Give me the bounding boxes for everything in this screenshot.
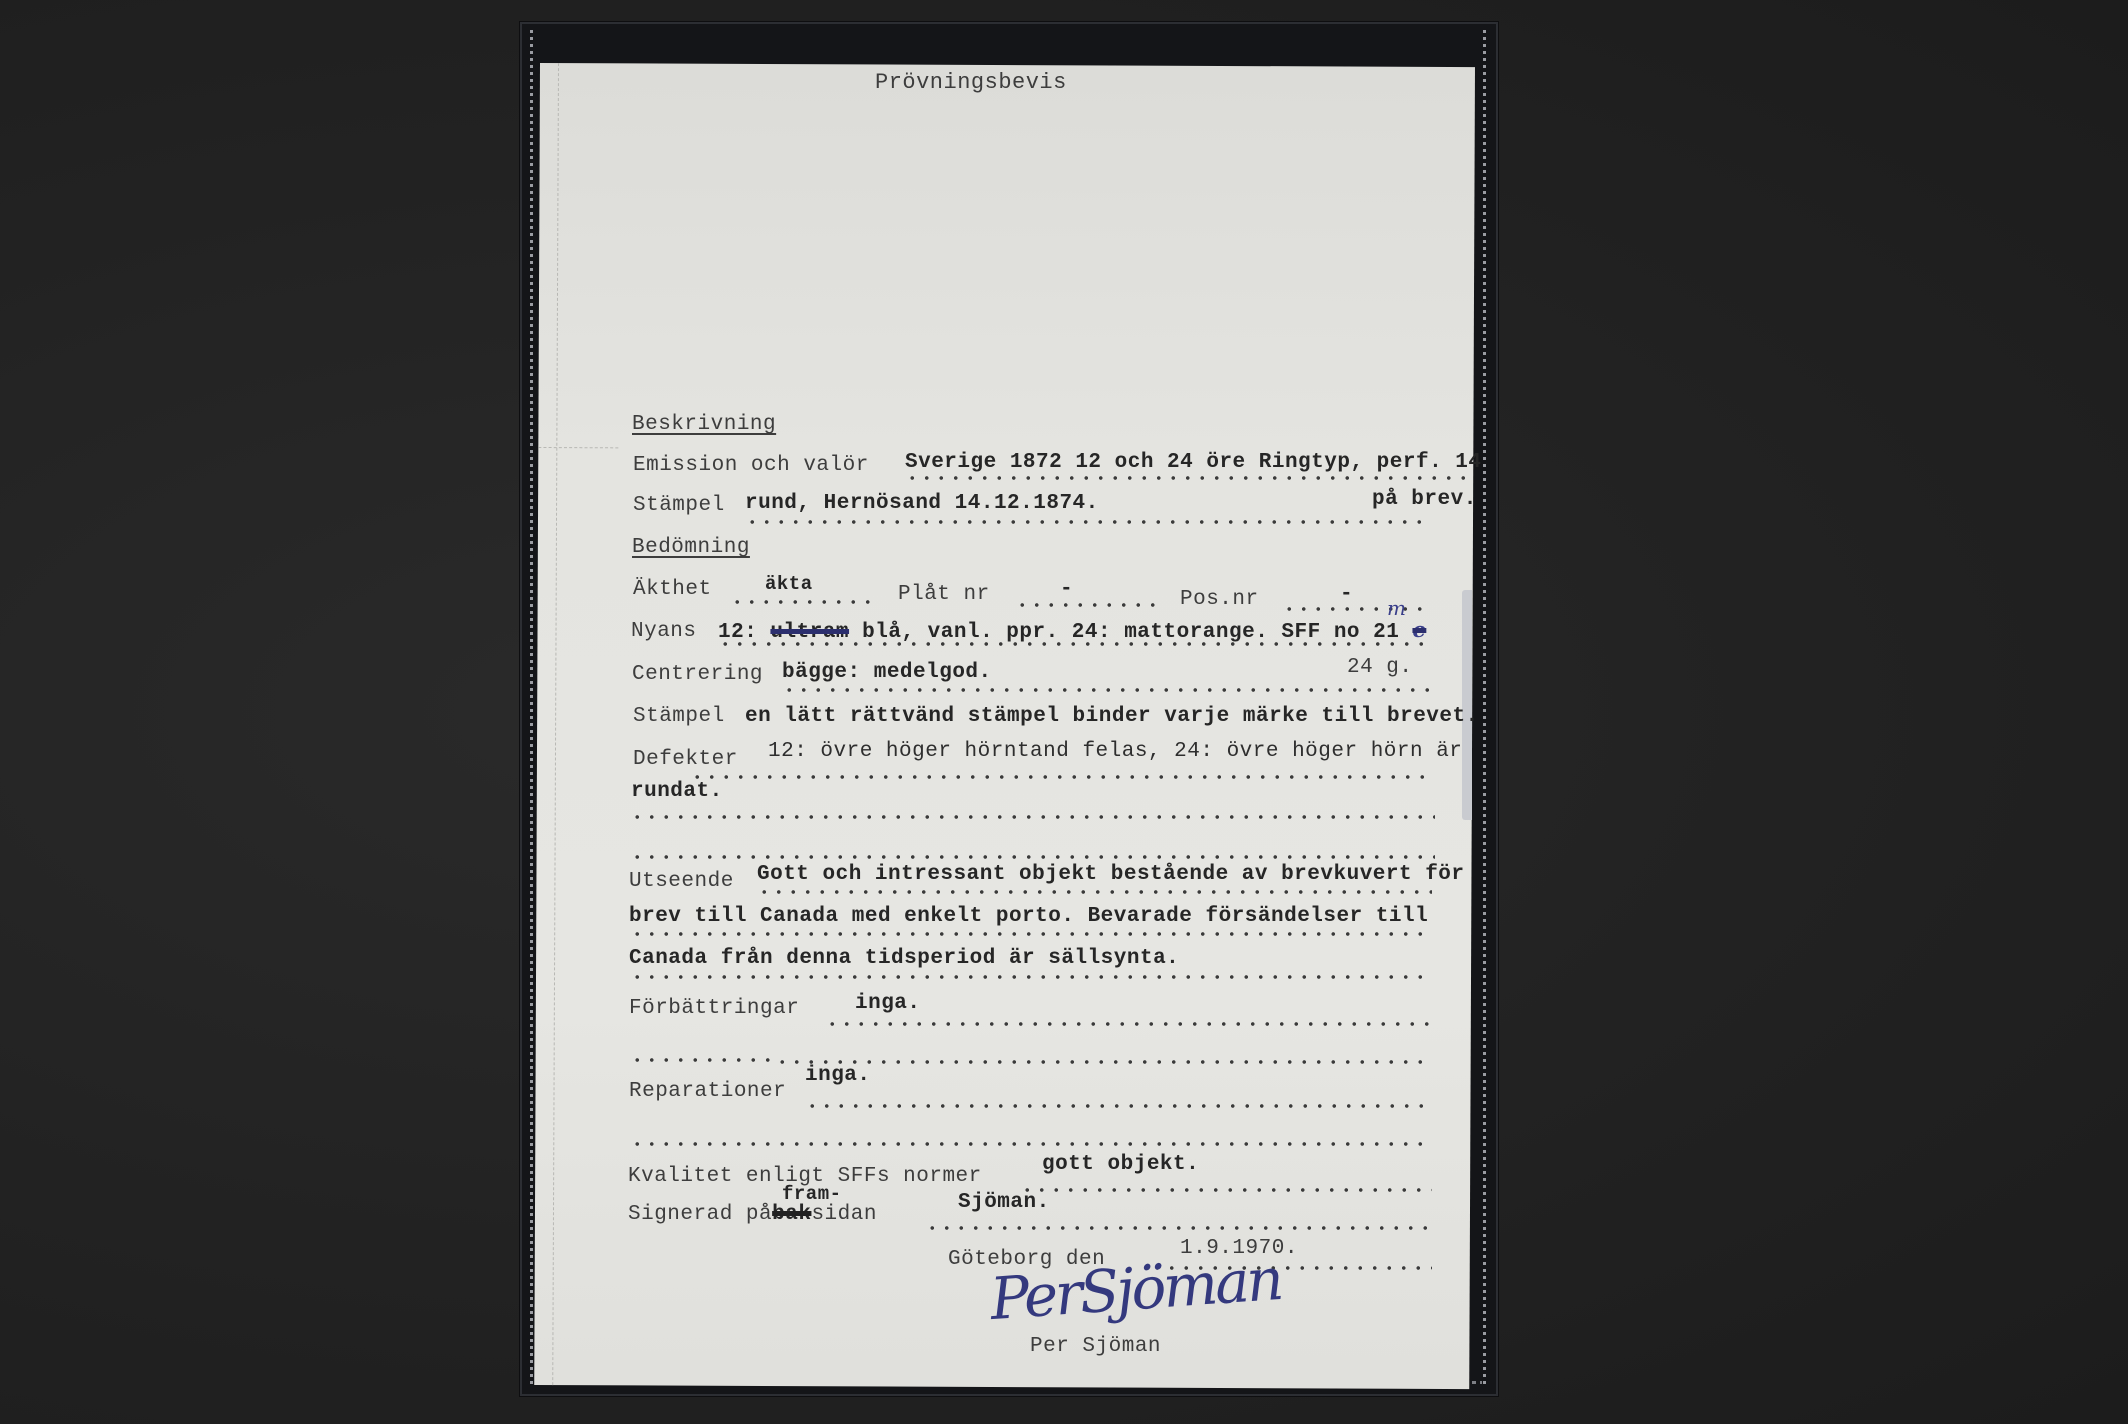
reparationer-value: inga. bbox=[805, 1064, 871, 1087]
defekter-dotted-line-3 bbox=[630, 855, 1435, 859]
pos-label: Pos.nr bbox=[1180, 588, 1259, 611]
signerad-label-prefix: Signerad på bbox=[628, 1203, 772, 1226]
emission-value: Sverige 1872 12 och 24 öre Ringtyp, perf… bbox=[905, 451, 1482, 474]
kvalitet-value: gott objekt. bbox=[1042, 1153, 1199, 1176]
defekter-label: Defekter bbox=[633, 748, 738, 771]
signerad-correction: fram- bbox=[782, 1183, 842, 1205]
stampel2-label: Stämpel bbox=[633, 705, 725, 728]
sleeve-stitch-right bbox=[1483, 30, 1486, 1384]
utseende-line-3: Canada från denna tidsperiod är sällsynt… bbox=[629, 947, 1179, 970]
signerad-dotted-line bbox=[925, 1226, 1432, 1230]
forbattringar-dotted-line bbox=[825, 1022, 1432, 1026]
document-title: Prövningsbevis bbox=[875, 70, 1067, 95]
sleeve-stitch-left bbox=[530, 30, 533, 1384]
stampel-label: Stämpel bbox=[633, 494, 725, 517]
akthet-value: äkta bbox=[765, 573, 813, 595]
utseende-label: Utseende bbox=[629, 870, 734, 893]
akthet-dotted-line bbox=[730, 600, 875, 604]
nyans-value: 12: ultram blå, vanl. ppr. 24: mattorang… bbox=[718, 617, 1426, 644]
stampel-dotted-line bbox=[745, 520, 1430, 524]
forbattringar-label: Förbättringar bbox=[629, 997, 799, 1020]
utseende-line-2: brev till Canada med enkelt porto. Bevar… bbox=[629, 905, 1428, 928]
defekter-dotted-line bbox=[690, 775, 1435, 779]
signerad-struck-word: bak bbox=[772, 1203, 811, 1226]
section-heading-beskrivning: Beskrivning bbox=[632, 413, 776, 436]
utseende-dotted-line-2 bbox=[630, 932, 1432, 936]
nyans-value-continued: 24 g. bbox=[1347, 656, 1413, 679]
utseende-dotted-line-3 bbox=[630, 975, 1432, 979]
centrering-dotted-line bbox=[782, 688, 1432, 692]
signerad-value: Sjöman. bbox=[958, 1191, 1050, 1214]
centrering-label: Centrering bbox=[632, 663, 763, 686]
plat-dotted-line bbox=[1015, 603, 1160, 607]
reparationer-dotted-line-2 bbox=[630, 1142, 1432, 1146]
defekter-value-continued: rundat. bbox=[631, 780, 723, 803]
pos-value: - bbox=[1340, 583, 1353, 606]
emission-dotted-line bbox=[905, 476, 1465, 480]
forbattringar-dotted-line-2a bbox=[630, 1058, 770, 1062]
reparationer-dotted-line bbox=[805, 1104, 1432, 1108]
section-heading-bedomning: Bedömning bbox=[632, 536, 750, 559]
nyans-label: Nyans bbox=[631, 620, 697, 643]
fold-line-vertical bbox=[552, 63, 559, 1385]
signerad-label: Signerad påbaksidan bbox=[628, 1203, 877, 1226]
plat-label: Plåt nr bbox=[898, 583, 990, 606]
nyans-dotted-line bbox=[718, 642, 1433, 646]
plat-value: - bbox=[1060, 578, 1073, 601]
defekter-dotted-line-2 bbox=[630, 815, 1435, 819]
akthet-label: Äkthet bbox=[633, 578, 712, 601]
nyans-ink-correction: m bbox=[1387, 596, 1406, 620]
nyans-struck-word: ultram bbox=[770, 621, 849, 644]
emission-label: Emission och valör bbox=[633, 454, 869, 477]
utseende-line-1: Gott och intressant objekt bestående av … bbox=[757, 863, 1465, 886]
nyans-ink-struck: e bbox=[1412, 617, 1426, 642]
defekter-value: 12: övre höger hörntand felas, 24: övre … bbox=[768, 740, 1462, 763]
kvalitet-dotted-line bbox=[1020, 1188, 1432, 1192]
signerad-label-suffix: sidan bbox=[811, 1203, 877, 1226]
emission-value-continued: på brev. bbox=[1372, 488, 1477, 511]
nyans-value-main: blå, vanl. ppr. 24: mattorange. SFF no 2… bbox=[862, 621, 1399, 644]
signatory-name: Per Sjöman bbox=[1030, 1335, 1161, 1358]
pos-dotted-line bbox=[1282, 607, 1432, 611]
centrering-value: bägge: medelgod. bbox=[782, 661, 992, 684]
forbattringar-value: inga. bbox=[855, 992, 921, 1015]
nyans-value-prefix: 12: bbox=[718, 621, 757, 644]
reparationer-label: Reparationer bbox=[629, 1080, 786, 1103]
forbattringar-dotted-line-2b bbox=[775, 1060, 1432, 1064]
stampel-value: rund, Hernösand 14.12.1874. bbox=[745, 492, 1099, 515]
stampel2-value: en lätt rättvänd stämpel binder varje mä… bbox=[745, 705, 1479, 728]
fold-line-horizontal bbox=[538, 447, 618, 448]
utseende-dotted-line-1 bbox=[757, 890, 1432, 894]
